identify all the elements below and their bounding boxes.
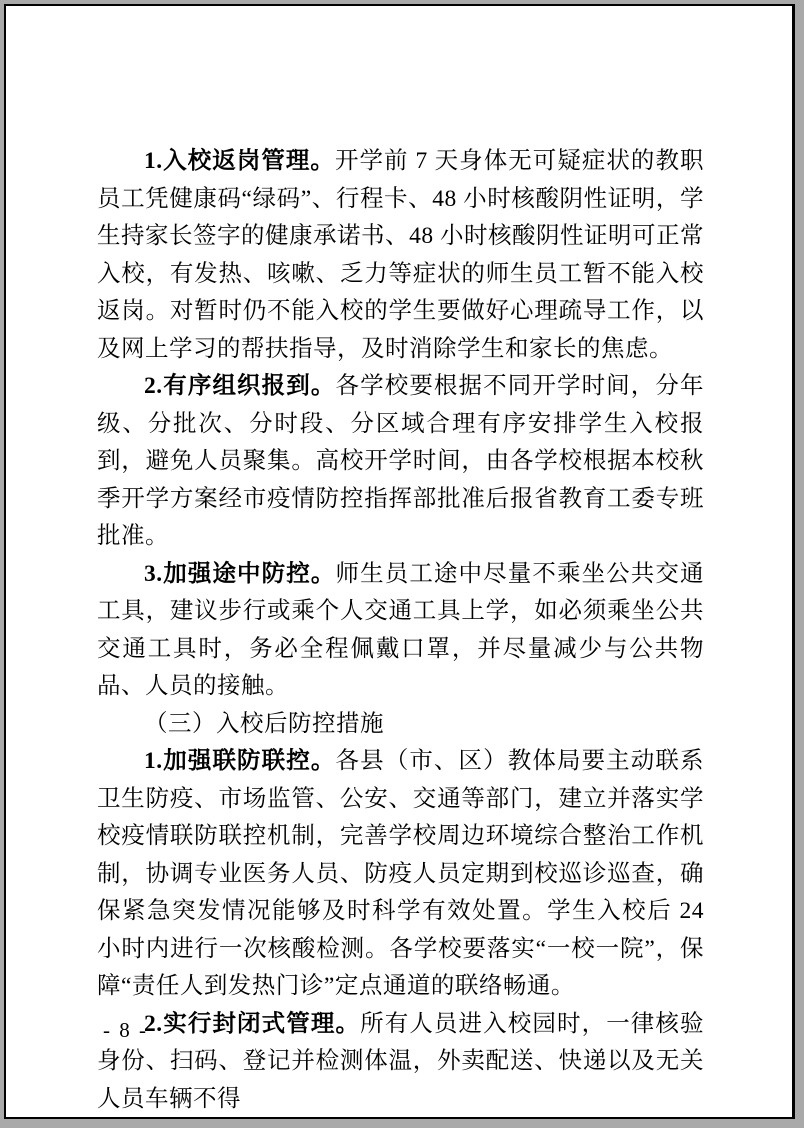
paragraph-body: 开学前 7 天身体无可疑症状的教职员工凭健康码“绿码”、行程卡、48 小时核酸阴…	[97, 148, 704, 362]
paragraph-heading: 1.加强联防联控。	[144, 748, 336, 774]
paragraph-heading: 2.有序组织报到。	[144, 373, 336, 399]
screenshot-background: 1.入校返岗管理。开学前 7 天身体无可疑症状的教职员工凭健康码“绿码”、行程卡…	[0, 0, 804, 1128]
document-body: 1.入校返岗管理。开学前 7 天身体无可疑症状的教职员工凭健康码“绿码”、行程卡…	[6, 6, 792, 1118]
paragraph-heading: 2.实行封闭式管理。	[144, 1011, 360, 1037]
paragraph: 2.有序组织报到。各学校要根据不同开学时间，分年级、分批次、分时段、分区域合理有…	[97, 368, 704, 556]
document-page: 1.入校返岗管理。开学前 7 天身体无可疑症状的教职员工凭健康码“绿码”、行程卡…	[4, 4, 795, 1119]
paragraph: （三）入校后防控措施	[97, 706, 704, 744]
page-number: - 8 -	[103, 1018, 148, 1043]
paragraph-heading: 3.加强途中防控。	[144, 561, 336, 587]
paragraph-heading: 1.入校返岗管理。	[144, 148, 335, 174]
paragraph: 2.实行封闭式管理。所有人员进入校园时，一律核验身份、扫码、登记并检测体温，外卖…	[97, 1006, 704, 1119]
paragraph: 3.加强途中防控。师生员工途中尽量不乘坐公共交通工具，建议步行或乘个人交通工具上…	[97, 556, 704, 706]
paragraph: 1.入校返岗管理。开学前 7 天身体无可疑症状的教职员工凭健康码“绿码”、行程卡…	[97, 143, 704, 368]
paragraph-body: （三）入校后防控措施	[144, 711, 384, 737]
paragraph-body: 各县（市、区）教体局要主动联系卫生防疫、市场监管、公安、交通等部门，建立并落实学…	[97, 748, 704, 999]
paragraph: 1.加强联防联控。各县（市、区）教体局要主动联系卫生防疫、市场监管、公安、交通等…	[97, 743, 704, 1006]
paragraph-body: 各学校要根据不同开学时间，分年级、分批次、分时段、分区域合理有序安排学生入校报到…	[97, 373, 704, 549]
